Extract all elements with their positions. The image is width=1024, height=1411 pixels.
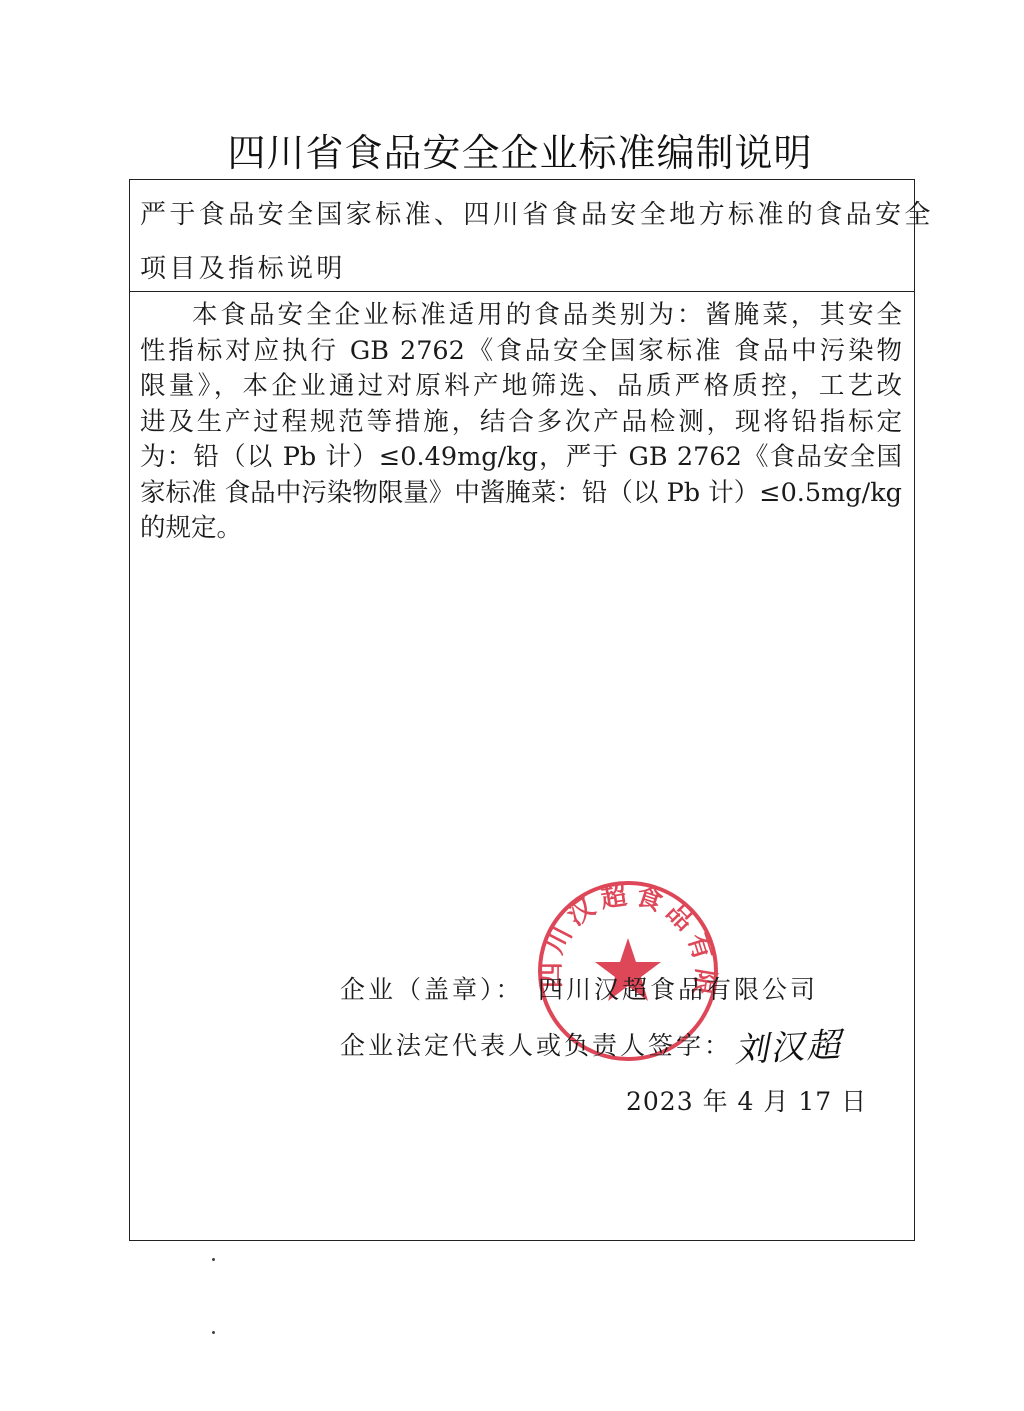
document-title: 四川省食品安全企业标准编制说明	[0, 122, 1024, 177]
body-line: 为：铅（以 Pb 计）≤0.49mg/kg，严于 GB 2762《食品安全国	[140, 440, 902, 476]
company-name: 四川汉超食品有限公司	[538, 970, 818, 1006]
body-cell: 本食品安全企业标准适用的食品类别为：酱腌菜，其安全 性指标对应执行 GB 276…	[140, 298, 902, 547]
header-line-2: 项目及指标说明	[140, 248, 346, 285]
body-line: 进及生产过程规范等措施，结合多次产品检测，现将铅指标定	[140, 405, 902, 441]
body-line: 本食品安全企业标准适用的食品类别为：酱腌菜，其安全	[140, 298, 902, 334]
representative-label: 企业法定代表人或负责人签字：	[340, 1026, 732, 1062]
body-line: 限量》，本企业通过对原料产地筛选、品质严格质控，工艺改	[140, 369, 902, 405]
body-line: 性指标对应执行 GB 2762《食品安全国家标准 食品中污染物	[140, 334, 902, 370]
company-label: 企业（盖章）：	[340, 970, 524, 1006]
header-cell: 严于食品安全国家标准、四川省食品安全地方标准的食品安全 项目及指标说明	[130, 180, 914, 292]
scan-speck	[212, 1258, 215, 1261]
handwritten-signature: 刘汉超	[733, 1017, 843, 1072]
header-line-1: 严于食品安全国家标准、四川省食品安全地方标准的食品安全	[140, 194, 934, 231]
scan-speck	[212, 1331, 215, 1334]
body-line: 的规定。	[140, 511, 902, 547]
body-line: 家标准 食品中污染物限量》中酱腌菜：铅（以 Pb 计）≤0.5mg/kg	[140, 476, 902, 512]
signing-date: 2023 年 4 月 17 日	[626, 1082, 867, 1118]
